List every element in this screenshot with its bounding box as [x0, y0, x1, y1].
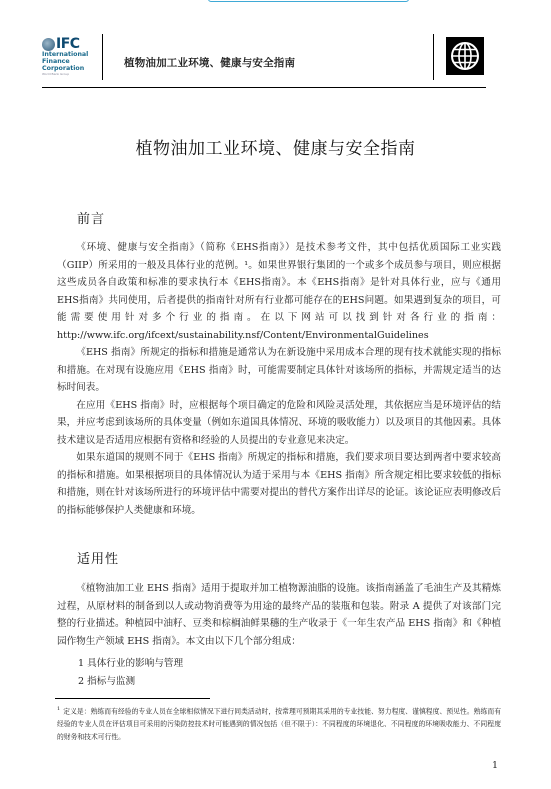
footnote-marker: 1 [57, 706, 60, 712]
section-heading-applicability: 适用性 [77, 548, 119, 567]
footnote-rule [55, 698, 210, 699]
header-divider-left [102, 34, 103, 80]
section-heading-foreword: 前言 [77, 208, 105, 227]
header-divider-right [433, 34, 434, 80]
ifc-logo: IFC International Finance Corporation Wo… [42, 37, 92, 82]
paragraph: 《植物油加工业 EHS 指南》适用于提取并加工植物源油脂的设施。该指南涵盖了毛油… [57, 580, 501, 650]
ifc-letters: IFC [56, 37, 80, 51]
ifc-name-line-2: Finance [42, 58, 92, 65]
list-item: 2 指标与监测 [78, 673, 135, 687]
ifc-subtitle: World Bank Group [42, 72, 92, 76]
section-body-foreword: 《环境、健康与安全指南》（简称《EHS指南》）是技术参考文件，其中包括优质国际工… [57, 239, 501, 519]
ifc-name-line-3: Corporation [42, 65, 92, 72]
header-rule [42, 87, 486, 88]
paragraph: 《环境、健康与安全指南》（简称《EHS指南》）是技术参考文件，其中包括优质国际工… [57, 239, 501, 344]
paragraph: 《EHS 指南》所规定的指标和措施是通常认为在新设施中采用成本合理的现有技术就能… [57, 344, 501, 397]
top-tab-frame [208, 0, 409, 2]
page-header: IFC International Finance Corporation Wo… [42, 34, 486, 88]
page-number: 1 [492, 760, 498, 771]
ifc-mark: IFC [42, 37, 92, 51]
section-body-applicability: 《植物油加工业 EHS 指南》适用于提取并加工植物源油脂的设施。该指南涵盖了毛油… [57, 580, 501, 650]
header-title: 植物油加工业环境、健康与安全指南 [124, 55, 295, 70]
paragraph: 如果东道国的规则不同于《EHS 指南》所规定的指标和措施，我们要求项目要达到两者… [57, 449, 501, 519]
footnote: 1定义是：熟练而有经验的专业人员在全球相似情况下进行同类活动时，按常理可预期其采… [57, 703, 501, 744]
world-bank-globe-icon [446, 37, 484, 75]
paragraph: 在应用《EHS 指南》时，应根据每个项目确定的危险和风险灵活处理，其依据应当是环… [57, 397, 501, 450]
ifc-name-line-1: International [42, 51, 92, 58]
footnote-text: 定义是：熟练而有经验的专业人员在全球相似情况下进行同类活动时，按常理可预期其采用… [57, 707, 501, 741]
list-item: 1 具体行业的影响与管理 [78, 655, 183, 669]
document-title: 植物油加工业环境、健康与安全指南 [0, 134, 551, 159]
ifc-globe-icon [42, 38, 55, 51]
